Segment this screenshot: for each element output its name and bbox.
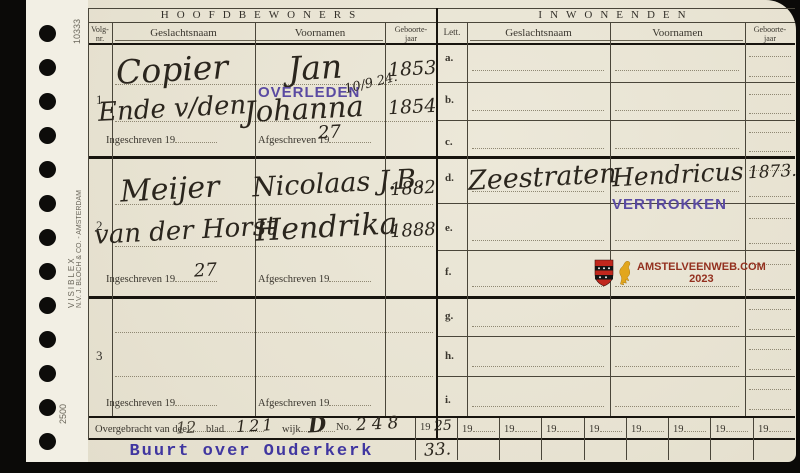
year-cell-label: 19 (462, 422, 495, 435)
row-letter: h. (445, 350, 454, 362)
col-header-surname-right: Geslachtsnaam (467, 27, 610, 39)
punch-hole (39, 365, 56, 382)
form-number-code: 10333 (72, 19, 82, 44)
transfer-blad-value: 121 (236, 415, 276, 436)
punch-hole (39, 93, 56, 110)
printer-brand: VISIBLEX (68, 190, 76, 308)
block-number: 3 (96, 348, 103, 364)
birthyear-entry: 1882 (389, 177, 436, 200)
col-header-surname-left: Geslachtsnaam (112, 27, 255, 39)
surname-entry: Copier (115, 47, 229, 92)
birthyear-entry: 1873. (748, 161, 798, 184)
firstnames-entry: Hendrika (254, 206, 398, 248)
firstnames-entry: Jan (287, 47, 343, 89)
year-cell-label: 19 (631, 422, 664, 435)
district-name: Buurt over Ouderkerk (88, 442, 415, 461)
row-letter: c. (445, 136, 453, 148)
row-letter: f. (445, 266, 451, 278)
afgeschreven-year: 27 (317, 121, 341, 143)
surname-entry: Meijer (119, 169, 220, 209)
transfer-deel-value: 12 (176, 417, 197, 437)
year-cell-label: 19 (715, 422, 748, 435)
row-letter: b. (445, 94, 454, 106)
print-run-code: 2500 (58, 404, 68, 424)
year-cell-label: 19 (589, 422, 622, 435)
transfer-no-label: No. (336, 422, 351, 433)
punch-hole (39, 161, 56, 178)
year-cell-label: 19 (673, 422, 706, 435)
row-letter: e. (445, 222, 453, 234)
lion-icon (617, 258, 634, 288)
transfer-no-value: 248 (356, 413, 404, 435)
transfer-wijk-value: D (307, 412, 327, 438)
punch-hole (39, 59, 56, 76)
punch-hole (39, 331, 56, 348)
year-cell-value: 25 (434, 418, 453, 435)
col-header-birthyear-right: Geboorte- (745, 25, 795, 34)
printer-name: N.V. J. BLOCH & CO. - AMSTERDAM (76, 190, 84, 308)
col-header-birthyear-left: Geboorte- (385, 25, 437, 34)
punch-hole (39, 229, 56, 246)
watermark-year: 2023 (637, 273, 766, 285)
row-letter: a. (445, 52, 453, 64)
punch-hole (39, 25, 56, 42)
year-cell-label: 19 (546, 422, 579, 435)
footer-number: 33. (423, 439, 451, 460)
amstelveen-shield-icon (594, 259, 614, 287)
year-cell-label: 19 (420, 422, 431, 433)
vertrokken-stamp: VERTROKKEN (612, 196, 727, 213)
col-header-lett: Lett. (437, 27, 467, 37)
birthyear-entry: 1854 (387, 95, 436, 120)
punch-hole (39, 433, 56, 450)
punch-hole (39, 297, 56, 314)
row-letter: g. (445, 310, 453, 322)
year-cell-label: 19 (758, 422, 791, 435)
afgeschreven-label: Afgeschreven 19 (258, 396, 371, 409)
row-letter: d. (445, 172, 454, 184)
afgeschreven-label: Afgeschreven 19 (258, 272, 371, 285)
ingeschreven-label: Ingeschreven 19 (106, 396, 217, 409)
row-letter: i. (445, 394, 451, 406)
left-table-title: HOOFDBEWONERS (88, 9, 436, 21)
punch-hole (39, 127, 56, 144)
col-header-firstnames-right: Voornamen (610, 27, 745, 39)
archive-watermark: AMSTELVEENWEB.COM 2023 (594, 258, 766, 288)
col-header-firstnames-left: Voornamen (255, 27, 385, 39)
year-cell-label: 19 (504, 422, 537, 435)
firstnames-entry: Johanna (243, 89, 364, 129)
ingeschreven-year: 27 (193, 259, 217, 281)
birthyear-entry: 1888 (389, 219, 436, 242)
scanned-register-card: 10333 VISIBLEX N.V. J. BLOCH & CO. - AMS… (0, 0, 800, 473)
col-header-volgnr: Volg- (88, 25, 112, 34)
right-table-title: INWONENDEN (437, 9, 795, 21)
ingeschreven-label: Ingeschreven 19 (106, 133, 217, 146)
afgeschreven-label: Afgeschreven 19 (258, 133, 371, 146)
punch-hole (39, 263, 56, 280)
punch-hole (39, 195, 56, 212)
watermark-site: AMSTELVEENWEB.COM (637, 261, 766, 273)
punch-hole (39, 399, 56, 416)
